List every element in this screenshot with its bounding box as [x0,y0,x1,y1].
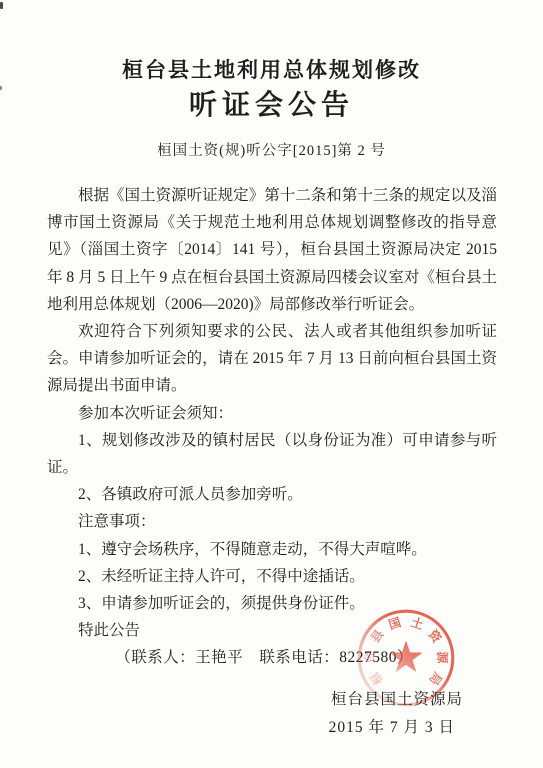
svg-text:源: 源 [435,651,450,664]
svg-text:土: 土 [409,614,425,632]
paragraph-basis: 根据《国土资源听证规定》第十二条和第十三条的规定以及淄博市国土资源局《关于规范土… [47,182,497,318]
scan-speck [0,86,2,90]
paragraph-notice-heading: 参加本次听证会须知： [47,400,497,427]
signature-block: 桓台县国土资源局 2015 年 7 月 3 日 [0,686,543,742]
signature-issuer: 桓台县国土资源局 [0,686,543,714]
document-title-line2: 听证会公告 [0,90,543,122]
svg-text:国: 国 [387,615,403,632]
svg-text:台: 台 [362,651,377,663]
svg-text:县: 县 [368,627,386,645]
paragraph-invitation: 欢迎符合下列须知要求的公民、法人或者其他组织参加听证会。申请参加听证会的，请在 … [47,318,497,400]
notice-item-1: 1、规划修改涉及的镇村居民（以身份证为准）可申请参与听证。 [47,427,497,481]
announcement-document: 桓台县土地利用总体规划修改 听证会公告 桓国土资(规)听公字[2015]第 2 … [0,0,543,768]
document-body: 根据《国土资源听证规定》第十二条和第十三条的规定以及淄博市国土资源局《关于规范土… [47,182,497,672]
scan-speck [0,2,3,9]
attention-item-2: 2、未经听证主持人许可，不得中途插话。 [47,563,497,590]
attention-heading: 注意事项： [47,508,497,535]
document-title-line1: 桓台县土地利用总体规划修改 [0,57,543,83]
signature-date: 2015 年 7 月 3 日 [0,714,543,742]
document-number: 桓国土资(规)听公字[2015]第 2 号 [0,139,543,160]
seal-star-icon [390,641,423,672]
notice-item-2: 2、各镇政府可派人员参加旁听。 [47,481,497,508]
attention-item-1: 1、遵守会场秩序，不得随意走动，不得大声喧哗。 [47,536,497,563]
